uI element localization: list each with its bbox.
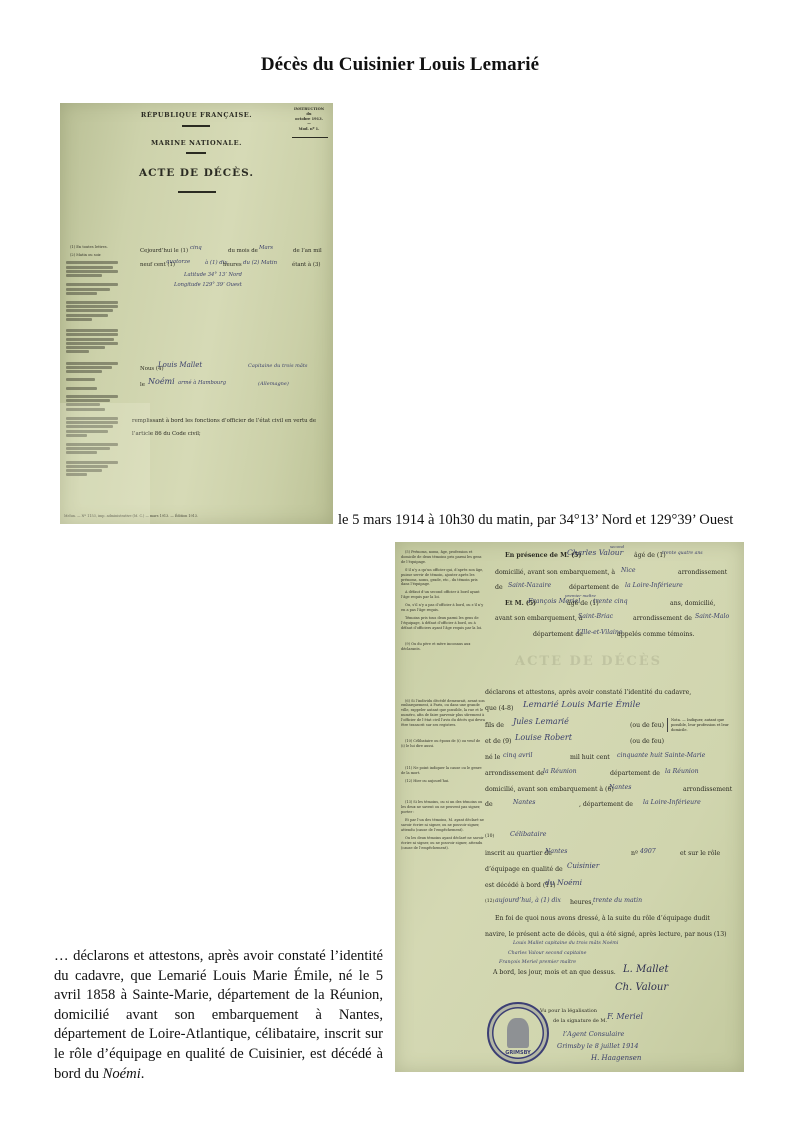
domicile-label-2: avant son embarquement, à — [495, 615, 583, 622]
handwritten-mother: Louise Robert — [515, 733, 572, 742]
header-title: ACTE DE DÉCÈS. — [60, 167, 333, 179]
role-label: et sur le rôle — [680, 850, 720, 857]
handwritten-legal-date: Grimsby le 8 juillet 1914 — [557, 1042, 638, 1050]
inscrit-label: inscrit au quartier de — [485, 850, 552, 857]
header-marine: MARINE NATIONALE. — [60, 139, 333, 147]
handwritten-signatory-2: Charles Valour second capitaine — [508, 951, 586, 956]
departement-born-label: département de — [610, 770, 660, 777]
transcript-caption: … déclarons et attestons, après avoir co… — [54, 947, 383, 1084]
handwritten-departement-1: la Loire-Inférieure — [625, 582, 683, 589]
handwritten-officer-name: Louis Mallet — [158, 361, 202, 369]
legalisation-line-2: de la signature de M. — [553, 1018, 607, 1024]
equipage-label: d’équipage en qualité de — [485, 866, 563, 873]
handwritten-father: Jules Lemarié — [513, 717, 569, 726]
margin-notes: (5) Prénoms, noms, âge, profession et do… — [401, 550, 485, 854]
handwritten-decede: du Noémi — [545, 878, 582, 887]
departement-label-1: département de — [569, 584, 619, 591]
handwritten-deceased-name: Lemarié Louis Marie Émile — [523, 700, 640, 710]
numero-label: nº — [631, 850, 638, 857]
month-label: du mois de — [228, 248, 258, 254]
handwritten-arrondissement-born: la Réunion — [543, 768, 577, 775]
handwritten-time: du (2) Matin — [243, 260, 277, 266]
handwritten-officer-rank: Capitaine du trois mâts — [248, 363, 307, 369]
handwritten-arrondissement-2: Saint-Malo — [695, 613, 729, 620]
transcript-text: … déclarons et attestons, après avoir co… — [54, 948, 383, 1082]
stamp-city: GRIMSBY — [489, 1050, 547, 1056]
stamp-emblem — [507, 1018, 529, 1048]
death-certificate-page-1-photo: RÉPUBLIQUE FRANÇAISE. MARINE NATIONALE. … — [60, 103, 333, 524]
de-label-1: de — [495, 584, 503, 591]
mother-label: et de (9) — [485, 738, 511, 745]
handwritten-witness-2-rank: premier maître — [565, 593, 596, 598]
handwritten-domicile-3: Nantes — [609, 784, 631, 791]
instruction-box: INSTRUCTION du octobre 1913. — Mod. nº 1… — [288, 107, 330, 132]
departement-label-3: , département de — [579, 801, 633, 808]
handwritten-arrondissement-1: Saint-Nazaire — [508, 582, 551, 589]
handwritten-domicile-2: Saint-Briac — [578, 613, 613, 620]
nota-box: Nota. — Indiquer, autant que possible, l… — [667, 718, 739, 732]
handwritten-signatory-3: François Meriel premier maître — [499, 960, 576, 965]
handwritten-born-place: cinquante huit Sainte-Marie — [617, 752, 705, 759]
declarons-line: déclarons et attestons, après avoir cons… — [485, 689, 691, 696]
signature-valour: Ch. Valour — [615, 982, 668, 993]
handwritten-departement-3: la Loire-Inférieure — [643, 799, 701, 806]
born-year-label: mil huit cent — [570, 754, 610, 761]
feu-label-2: (ou de feu) — [630, 738, 664, 745]
handwritten-role: Cuisinier — [567, 862, 599, 870]
handwritten-arrondissement-3: Nantes — [513, 799, 535, 806]
light-glare — [60, 403, 150, 524]
ship-prefix: le — [140, 382, 145, 388]
domicile-label-1: domicilié, avant son embarquement, à — [495, 569, 615, 576]
arrondissement-label-1: arrondissement — [678, 569, 727, 576]
date-position-caption: le 5 mars 1914 à 10h30 du matin, par 34°… — [338, 512, 733, 529]
handwritten-year: quatorze — [166, 259, 190, 265]
born-label: né le — [485, 754, 500, 761]
handwritten-status: Célibataire — [510, 830, 547, 838]
foi-line-1: En foi de quoi nous avons dressé, à la s… — [495, 915, 710, 922]
legalisation-line-1: Vu pour la légalisation — [540, 1008, 597, 1014]
time-note-number: (12) — [485, 899, 494, 904]
signature-mallet: L. Mallet — [623, 964, 669, 975]
handwritten-age-2: trente cinq — [593, 598, 628, 605]
handwritten-legal-title: l’Agent Consulaire — [563, 1030, 624, 1038]
ship-name: Noémi — [103, 1066, 141, 1082]
handwritten-departement-born: la Réunion — [665, 768, 699, 775]
que-label: que (4-8) — [485, 705, 513, 712]
divider — [292, 137, 328, 138]
witness-suffix: appelés comme témoins. — [617, 631, 694, 638]
handwritten-departement-2: l’Ille-et-Vilaine — [577, 629, 623, 636]
handwritten-witness-1-rank: second — [610, 544, 624, 549]
arrondissement-label-2: arrondissement de — [633, 615, 692, 622]
transcript-end: . — [141, 1066, 145, 1082]
page-title: Décès du Cuisinier Louis Lemarié — [0, 54, 800, 76]
consular-stamp: GRIMSBY — [487, 1002, 549, 1064]
status-note-number: (10) — [485, 834, 494, 839]
a-bord-line: A bord, les jour, mois et an que dessus. — [493, 969, 616, 976]
handwritten-time-2: trente du matin — [593, 897, 642, 904]
date-line-label: Cejourd’hui le (1) — [140, 248, 188, 254]
handwritten-time: aujourd’hui, à (1) dix — [495, 897, 561, 904]
divider — [182, 125, 210, 127]
feu-label-1: (ou de feu) — [630, 722, 664, 729]
hours-label: heures — [223, 262, 242, 268]
domicile-label-3: domicilié, avant son embarquement à (6) — [485, 786, 614, 793]
de-label-3: de — [485, 801, 493, 808]
handwritten-age-1: trente quatre ans — [662, 551, 703, 556]
arrondissement-born-label: arrondissement de — [485, 770, 544, 777]
handwritten-born-day: cinq avril — [503, 752, 532, 759]
divider — [186, 152, 206, 154]
arrondissement-label-3: arrondissement — [683, 786, 732, 793]
fils-label: fils de — [485, 722, 504, 729]
handwritten-ship-name: Noémi — [148, 377, 175, 386]
departement-label-2: département de — [533, 631, 583, 638]
divider — [178, 191, 216, 193]
handwritten-witness-1: Charles Valour — [567, 548, 623, 557]
handwritten-day: cinq — [190, 245, 202, 251]
year-label: de l’an mil — [293, 248, 322, 254]
bleed-through-title: ACTE DE DÉCÈS — [515, 654, 662, 669]
handwritten-legal-signature: H. Haagensen — [591, 1054, 641, 1062]
heures-label: heures, — [570, 899, 593, 906]
handwritten-latitude: Latitude 34° 13’ Nord — [184, 272, 242, 278]
function-line-1: remplissant à bord les fonctions d’offic… — [132, 418, 316, 424]
age-label: âgé de (1) — [634, 552, 666, 559]
handwritten-legal-name: F. Meriel — [607, 1012, 643, 1021]
death-certificate-page-2-photo: (5) Prénoms, noms, âge, profession et do… — [395, 542, 744, 1072]
ans-domicile-label: ans, domicilié, — [670, 600, 715, 607]
handwritten-signatory-1: Louis Mallet capitaine du trois mâts Noé… — [513, 941, 618, 946]
handwritten-country: (Allemagne) — [258, 381, 289, 387]
handwritten-month: Mars — [259, 245, 273, 251]
handwritten-ship-origin: armé à Hambourg — [178, 380, 226, 386]
handwritten-domicile-1: Nice — [621, 567, 636, 574]
position-label: étant à (3) — [292, 262, 321, 268]
handwritten-longitude: Longitude 129° 39’ Ouest — [174, 282, 242, 288]
foi-line-2: navire, le présent acte de décès, qui a … — [485, 931, 727, 938]
handwritten-numero: 4907 — [640, 848, 656, 855]
handwritten-quartier: Nantes — [545, 848, 567, 855]
